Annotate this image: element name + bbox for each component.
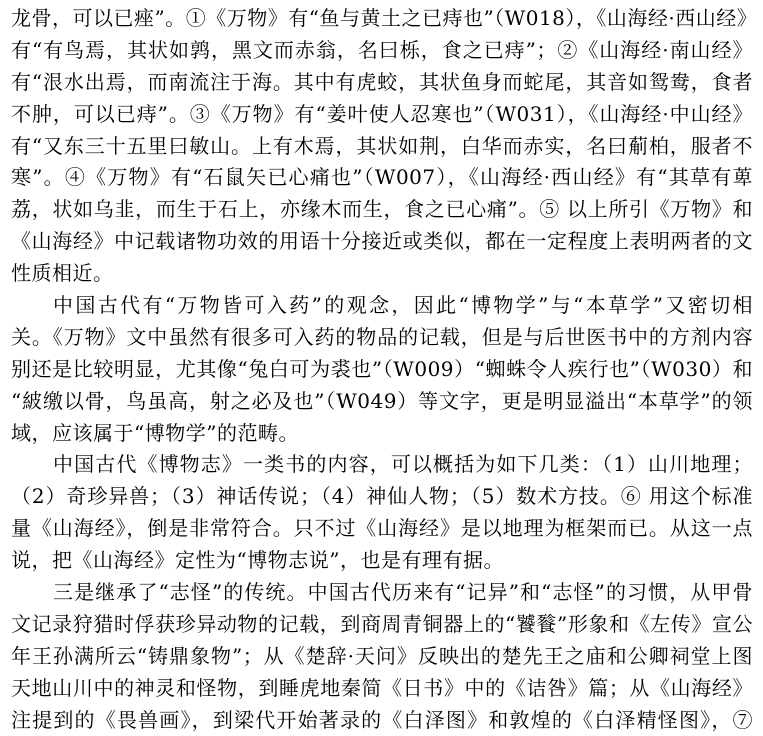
text-line: “紴缴以骨，鸟虽高，射之必及也”（W049）等文字，更是明显溢出“本草学”的领 (11, 386, 753, 418)
text-line: 寒”。④《万物》有“石鼠矢已心痛也”（W007），《山海经·西山经》有“其草有萆 (11, 162, 753, 194)
document-page: 龙骨，可以已痤”。①《万物》有“鱼与黄土之已痔也”（W018），《山海经·西山经… (0, 0, 763, 736)
text-line: （2）奇珍异兽；（3）神话传说；（4）神仙人物；（5）数术方技。⑥ 用这个标准来… (11, 481, 753, 513)
text-line: 年王孙满所云“铸鼎象物”；从《楚辞·天问》反映出的楚先王之庙和公卿祠堂上图绘的 (11, 641, 753, 673)
text-line: 天地山川中的神灵和怪物，到睡虎地秦简《日书》中的《诘咎》篇；从《山海经》郭璞 (11, 673, 753, 705)
text-line: 有“有鸟焉，其状如鹑，黑文而赤翁，名曰栎，食之已痔”；②《山海经·南山经》 (11, 35, 753, 67)
text-line: 性质相近。 (11, 258, 753, 290)
paragraph: 中国古代《博物志》一类书的内容，可以概括为如下几类：（1）山川地理； （2）奇珍… (11, 449, 753, 577)
text-line: 注提到的《畏兽画》，到梁代开始著录的《白泽图》和敦煌的《白泽精怪图》，⑦ 这一传 (11, 705, 753, 736)
paragraph: 龙骨，可以已痤”。①《万物》有“鱼与黄土之已痔也”（W018），《山海经·西山经… (11, 3, 753, 290)
text-line: 有“又东三十五里曰敏山。上有木焉，其状如荆，白华而赤实，名曰葪柏，服者不 (11, 131, 753, 163)
text-line: 中国古代《博物志》一类书的内容，可以概括为如下几类：（1）山川地理； (11, 449, 753, 481)
text-line: 别还是比较明显，尤其像“兔白可为裘也”（W009）“蜘蛛令人疾行也”（W030）… (11, 354, 753, 386)
text-line: 文记录狩猎时俘获珍异动物的记载，到商周青铜器上的“饕餮”形象和《左传》宣公三 (11, 609, 753, 641)
paragraph: 三是继承了“志怪”的传统。中国古代历来有“记异”和“志怪”的习惯，从甲骨 文记录… (11, 577, 753, 736)
text-line: 《山海经》中记载诸物功效的用语十分接近或类似，都在一定程度上表明两者的文本 (11, 226, 753, 258)
paragraph: 中国古代有“万物皆可入药”的观念，因此“博物学”与“本草学”又密切相 关。《万物… (11, 290, 753, 449)
text-line: 量《山海经》，倒是非常符合。只不过《山海经》是以地理为框架而已。从这一点来 (11, 513, 753, 545)
text-line: 三是继承了“志怪”的传统。中国古代历来有“记异”和“志怪”的习惯，从甲骨 (11, 577, 753, 609)
text-line: 说，把《山海经》定性为“博物志说”，也是有理有据。 (11, 545, 753, 577)
text-line: 荔，状如乌韭，而生于石上，亦缘木而生，食之已心痛”。⑤ 以上所引《万物》和 (11, 194, 753, 226)
text-line: 域，应该属于“博物学”的范畴。 (11, 418, 753, 450)
text-line: 关。《万物》文中虽然有很多可入药的物品的记载，但是与后世医书中的方剂内容区 (11, 322, 753, 354)
text-line: 不肿，可以已痔”。③《万物》有“姜叶使人忍寒也”（W031），《山海经·中山经》 (11, 99, 753, 131)
text-line: 中国古代有“万物皆可入药”的观念，因此“博物学”与“本草学”又密切相 (11, 290, 753, 322)
text-line: 有“泿水出焉，而南流注于海。其中有虎蛟，其状鱼身而蛇尾，其音如鸳鸯，食者 (11, 67, 753, 99)
text-line: 龙骨，可以已痤”。①《万物》有“鱼与黄土之已痔也”（W018），《山海经·西山经… (11, 3, 753, 35)
